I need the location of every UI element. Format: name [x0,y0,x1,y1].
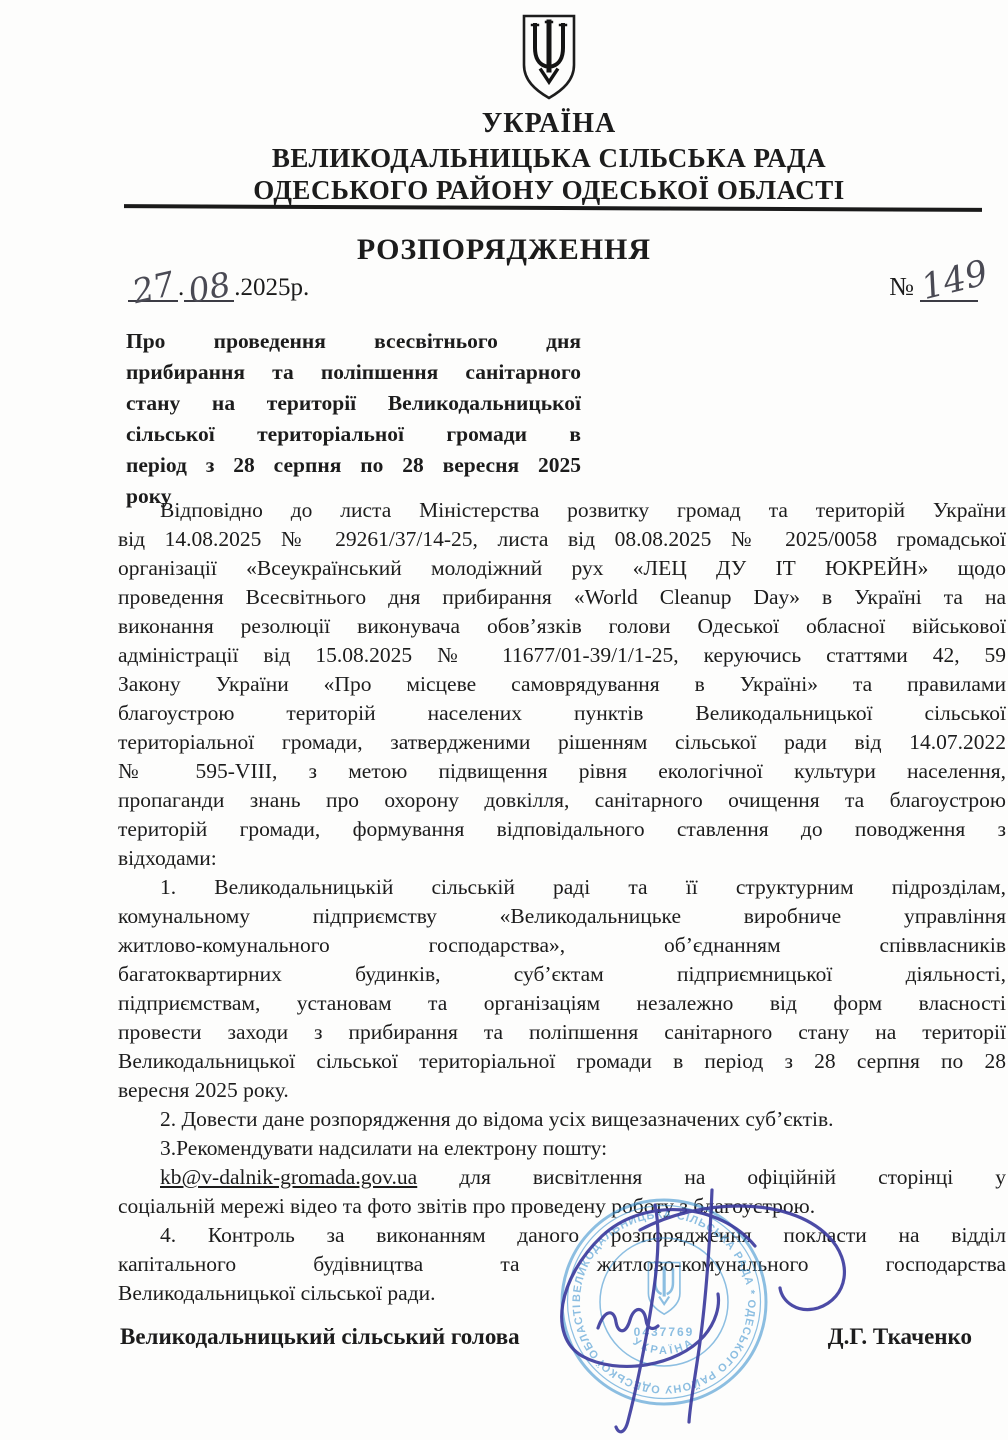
document-date: 27.08.2025р. [128,266,309,302]
body-line: Закону України «Про місцеве самоврядуван… [118,670,1006,699]
subject-block: Про проведення всесвітнього дня прибиран… [126,326,581,512]
email-address: kb@v-dalnik-gromada.gov.ua [160,1165,417,1189]
body-line: вересня 2025 року. [118,1076,1006,1105]
letterhead: УКРАЇНА ВЕЛИКОДАЛЬНИЦЬКА СІЛЬСЬКА РАДА О… [90,12,1008,206]
body-line: пропаганди знань про охорону довкілля, с… [118,786,1006,815]
date-month-blank: 08 [184,266,234,302]
body-line: 1. Великодальницькій сільській раді та ї… [118,873,1006,902]
body-line: провести заходи з прибирання та поліпшен… [118,1018,1006,1047]
date-number-row: 27.08.2025р. №149 [128,264,978,302]
country-name: УКРАЇНА [90,108,1008,140]
body-line: адміністрації від 15.08.2025 № 11677/01-… [118,641,1006,670]
date-day-blank: 27 [128,266,178,302]
signer-position: Великодальницький сільський голова [120,1324,520,1350]
body-line: багатоквартирних будинків, суб’єктам під… [118,960,1006,989]
body-line: № 595-VIII, з метою підвищення рівня еко… [118,757,1006,786]
body-line: благоустрою територій населених пунктів … [118,699,1006,728]
body-line: 3.Рекомендувати надсилати на електрону п… [118,1134,1006,1163]
body-line: житлово-комунального господарства», об’є… [118,931,1006,960]
date-year: .2025р. [234,274,309,301]
document-number: №149 [889,264,978,302]
body-line: комунальному підприємству «Великодальниц… [118,902,1006,931]
body-line: 2. Довести дане розпорядження до відома … [118,1105,1006,1134]
body-line: відходами: [118,844,1006,873]
body-line: Відповідно до листа Міністерства розвитк… [118,496,1006,525]
document-title: РОЗПОРЯДЖЕННЯ [0,233,1008,267]
body-line: територій громади, формування відповідал… [118,815,1006,844]
signature-ink [520,1163,862,1440]
document-page: УКРАЇНА ВЕЛИКОДАЛЬНИЦЬКА СІЛЬСЬКА РАДА О… [0,0,1008,1440]
subject-line: період з 28 серпня по 28 вересня 2025 [126,450,581,481]
number-label: № [889,272,914,301]
subject-line: прибирання та поліпшення санітарного [126,357,581,388]
body-line: Великодальницької сільської територіальн… [118,1047,1006,1076]
body-line: підприємствам, установам та організаціям… [118,989,1006,1018]
body-line: від 14.08.2025 № 29261/37/14-25, листа в… [118,525,1006,554]
handwritten-day: 27 [129,264,179,311]
handwritten-month: 08 [185,264,234,310]
council-name: ВЕЛИКОДАЛЬНИЦЬКА СІЛЬСЬКА РАДА [90,143,1008,174]
subject-line: сільської територіальної громади в [126,419,581,450]
body-line: територіальної громади, затвердженими рі… [118,728,1006,757]
council-region: ОДЕСЬКОГО РАЙОНУ ОДЕСЬКОЇ ОБЛАСТІ [90,175,1008,206]
body-line: проведення Всесвітнього дня прибирання «… [118,583,1006,612]
body-line: організації «Всеукраїнський молодіжний р… [118,554,1006,583]
number-blank: 149 [920,264,978,302]
subject-line: стану на території Великодальницької [126,388,581,419]
subject-line: Про проведення всесвітнього дня [126,326,581,357]
body-line: виконання резолюції виконувача обов’язкі… [118,612,1006,641]
coat-of-arms-icon [517,12,581,104]
